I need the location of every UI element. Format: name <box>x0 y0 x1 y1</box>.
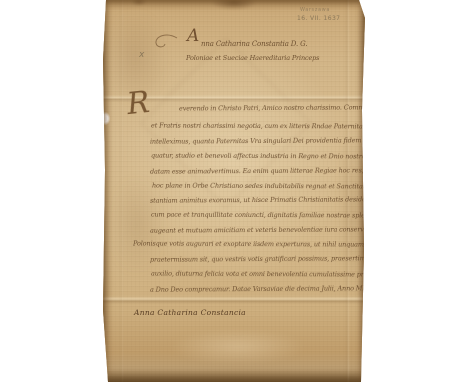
body-line: datam esse animadvertimus. Ea enim quam … <box>150 166 365 175</box>
body-line: quatur, studio et benevoli affectus indu… <box>151 152 365 161</box>
body-line: augeant et mutuam amicitiam et veteris b… <box>150 225 365 234</box>
body-line: stantiam animitus exoramus, ut hisce Pri… <box>150 195 365 204</box>
body-line: auxilio, diuturna felicia vota et omni b… <box>151 270 365 279</box>
body-line: hoc plane in Orbe Christiano sedes indub… <box>152 182 365 191</box>
signature-anna-catharina-constancia: Anna Catharina Constancia <box>134 308 246 317</box>
body-line: a Dno Deo comprecamur. Datae Varsaviae d… <box>150 284 365 293</box>
body-line: et Fratris nostri charissimi negotia, cu… <box>151 122 365 131</box>
aged-paper-sheet: Warszawa 16. VII. 1637 x A nna Catharina… <box>103 0 365 382</box>
body-line: cum pace et tranquillitate coniuncti, di… <box>151 211 365 220</box>
body-line: intelleximus, quanta Paternitas Vra sing… <box>150 136 365 145</box>
letter-body-text: everendo in Christo Patri, Amico nostro … <box>103 0 365 382</box>
photographed-manuscript-letter: Warszawa 16. VII. 1637 x A nna Catharina… <box>0 0 468 382</box>
body-line: praetermissum sit, quo vestris votis gra… <box>150 254 365 263</box>
body-line: Polonisque votis augurari et exoptare ii… <box>133 239 364 248</box>
body-line: everendo in Christo Patri, Amico nostro … <box>179 103 365 112</box>
